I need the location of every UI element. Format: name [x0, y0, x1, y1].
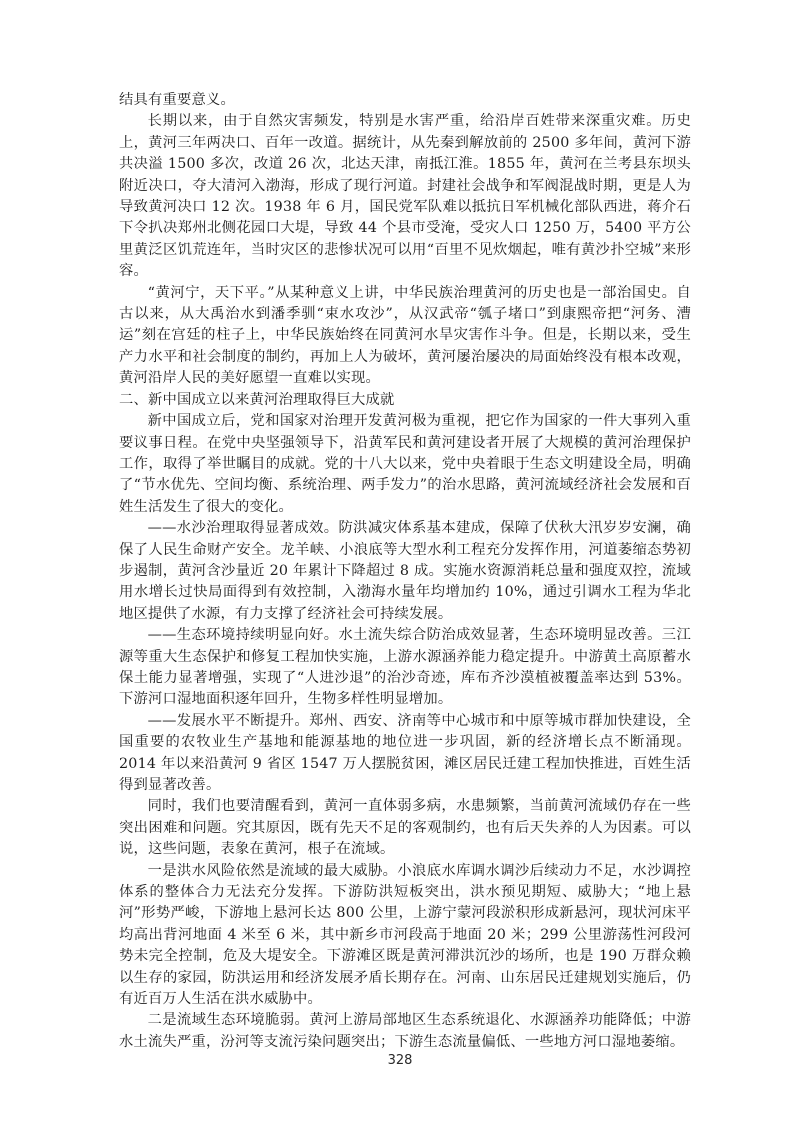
section-heading: 二、新中国成立以来黄河治理取得巨大成就	[119, 390, 691, 411]
page-body: 结具有重要意义。 长期以来，由于自然灾害频发，特别是水害严重，给沿岸百姓带来深重…	[119, 90, 691, 1053]
paragraph-development-level: ——发展水平不断提升。郑州、西安、济南等中心城市和中原等城市群加快建设，全国重要…	[119, 711, 691, 797]
page-number: 328	[0, 1051, 800, 1070]
paragraph-sediment-control: ——水沙治理取得显著成效。防洪减灾体系基本建成，保障了伏秋大汛岁岁安澜，确保了人…	[119, 518, 691, 625]
paragraph-history-disasters: 长期以来，由于自然灾害频发，特别是水害严重，给沿岸百姓带来深重灾难。历史上，黄河…	[119, 111, 691, 282]
document-page: { "page": { "number": "328" }, "document…	[0, 0, 800, 1133]
paragraph-problems-overview: 同时，我们也要清醒看到，黄河一直体弱多病，水患频繁，当前黄河流域仍存在一些突出困…	[119, 796, 691, 860]
paragraph-ecological-environment: ——生态环境持续明显向好。水土流失综合防治成效显著，生态环境明显改善。三江源等重…	[119, 625, 691, 711]
paragraph-continuation: 结具有重要意义。	[119, 90, 691, 111]
paragraph-new-china: 新中国成立后，党和国家对治理开发黄河极为重视，把它作为国家的一件大事列入重要议事…	[119, 411, 691, 518]
paragraph-flood-risk: 一是洪水风险依然是流域的最大威胁。小浪底水库调水调沙后续动力不足，水沙调控体系的…	[119, 861, 691, 1011]
paragraph-river-governance-history: “黄河宁，天下平。”从某种意义上讲，中华民族治理黄河的历史也是一部治国史。自古以…	[119, 283, 691, 390]
paragraph-fragile-ecology: 二是流域生态环境脆弱。黄河上游局部地区生态系统退化、水源涵养功能降低；中游水土流…	[119, 1010, 691, 1053]
